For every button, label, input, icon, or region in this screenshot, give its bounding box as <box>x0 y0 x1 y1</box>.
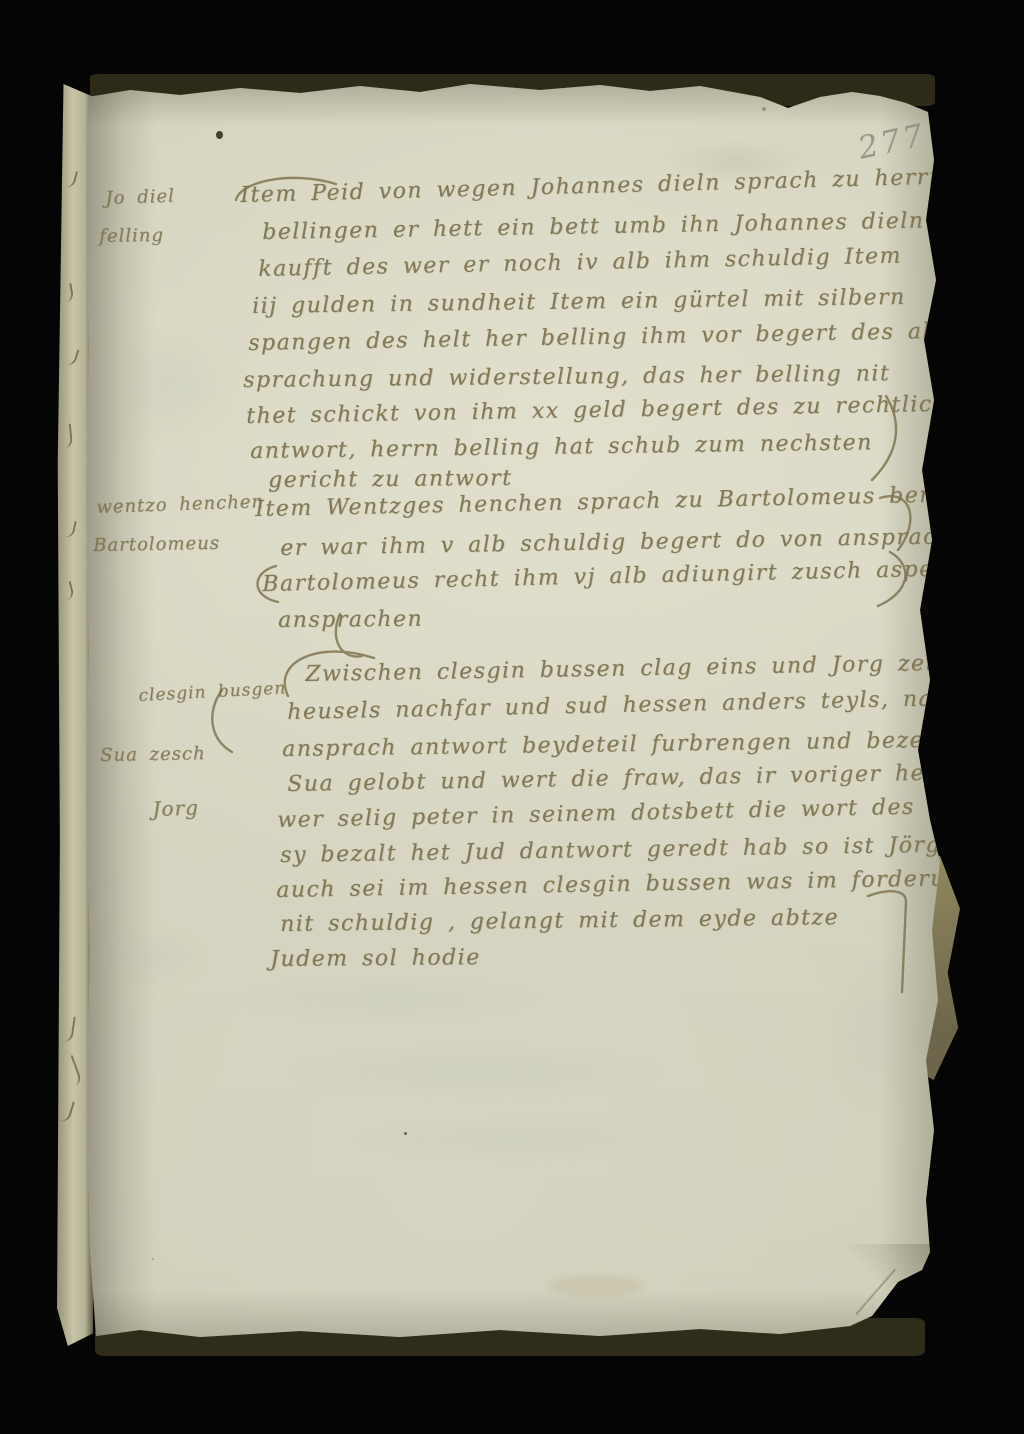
show-through <box>348 1118 678 1160</box>
fox-spot <box>152 1258 154 1260</box>
show-through <box>238 978 548 1022</box>
text-line: sprachung und widerstellung, das her bel… <box>243 361 890 393</box>
text-line: antwort, herrn belling hat schub zum nec… <box>250 430 873 464</box>
margin-note: Jo diel <box>105 186 175 209</box>
ink-fragment <box>62 519 77 539</box>
text-line: Item Peid von wegen Johannes dieln sprac… <box>240 165 945 208</box>
text-line: Bartolomeus recht ihm vj alb adiungirt z… <box>262 556 950 597</box>
text-line: kaufft des wer er noch iv alb ihm schuld… <box>258 244 902 282</box>
margin-note: felling <box>99 225 164 247</box>
text-line: auch sei im hessen clesgin bussen was im… <box>276 866 977 903</box>
text-line: bellingen er hett ein bett umb ihn Johan… <box>262 208 925 245</box>
show-through <box>280 1046 670 1098</box>
margin-note: Sua zesch <box>100 743 206 766</box>
text-line: wer selig peter in seinem dotsbett die w… <box>277 793 984 833</box>
manuscript-scan: 277 Jo diel felling Item Peid von wegen … <box>0 0 1024 1434</box>
ink-fragment <box>61 1015 76 1042</box>
text-line: iij gulden in sundheit Item ein gürtel m… <box>252 285 906 319</box>
text-line: heusels nachfar und sud hessen anders te… <box>287 686 963 725</box>
show-through <box>108 326 238 446</box>
ink-fragment <box>60 581 75 601</box>
ink-fragment <box>62 1055 83 1087</box>
gutter-shadow <box>86 80 156 1340</box>
ink-fragment <box>63 169 78 189</box>
ink-fragment <box>63 347 79 368</box>
fox-spot <box>762 107 766 111</box>
text-line: Judem sol hodie <box>270 945 481 972</box>
text-line: sy bezalt het Jud dantwort geredt hab so… <box>280 833 941 868</box>
text-line: gericht zu antwort <box>268 466 513 493</box>
fox-spot <box>404 1132 407 1135</box>
manuscript-page: 277 Jo diel felling Item Peid von wegen … <box>0 0 1024 1434</box>
text-line: Zwischen clesgin bussen clag eins und Jo… <box>305 651 936 687</box>
text-line: spangen des helt her belling ihm vor beg… <box>248 318 967 356</box>
text-line: nit schuldig , gelangt mit dem eyde abtz… <box>280 905 839 937</box>
text-line: Sua gelobt und wert die fraw, das ir vor… <box>287 760 954 797</box>
margin-note: Bartolomeus <box>93 533 220 556</box>
margin-note: Jorg <box>152 795 199 821</box>
show-through <box>820 948 930 1118</box>
margin-note: clesgin busgen <box>138 678 287 706</box>
ink-fragment <box>58 1099 75 1123</box>
show-through <box>108 925 208 989</box>
right-edge-shadow <box>880 90 940 1340</box>
ink-fragment <box>61 283 75 303</box>
margin-note: wentzo henchen <box>96 491 264 518</box>
worm-hole <box>216 131 223 139</box>
ink-fragment <box>60 423 73 448</box>
stain <box>548 1276 643 1296</box>
text-line: thet schickt von ihm xx geld begert des … <box>246 392 949 429</box>
text-line: ansprachen <box>278 607 423 633</box>
